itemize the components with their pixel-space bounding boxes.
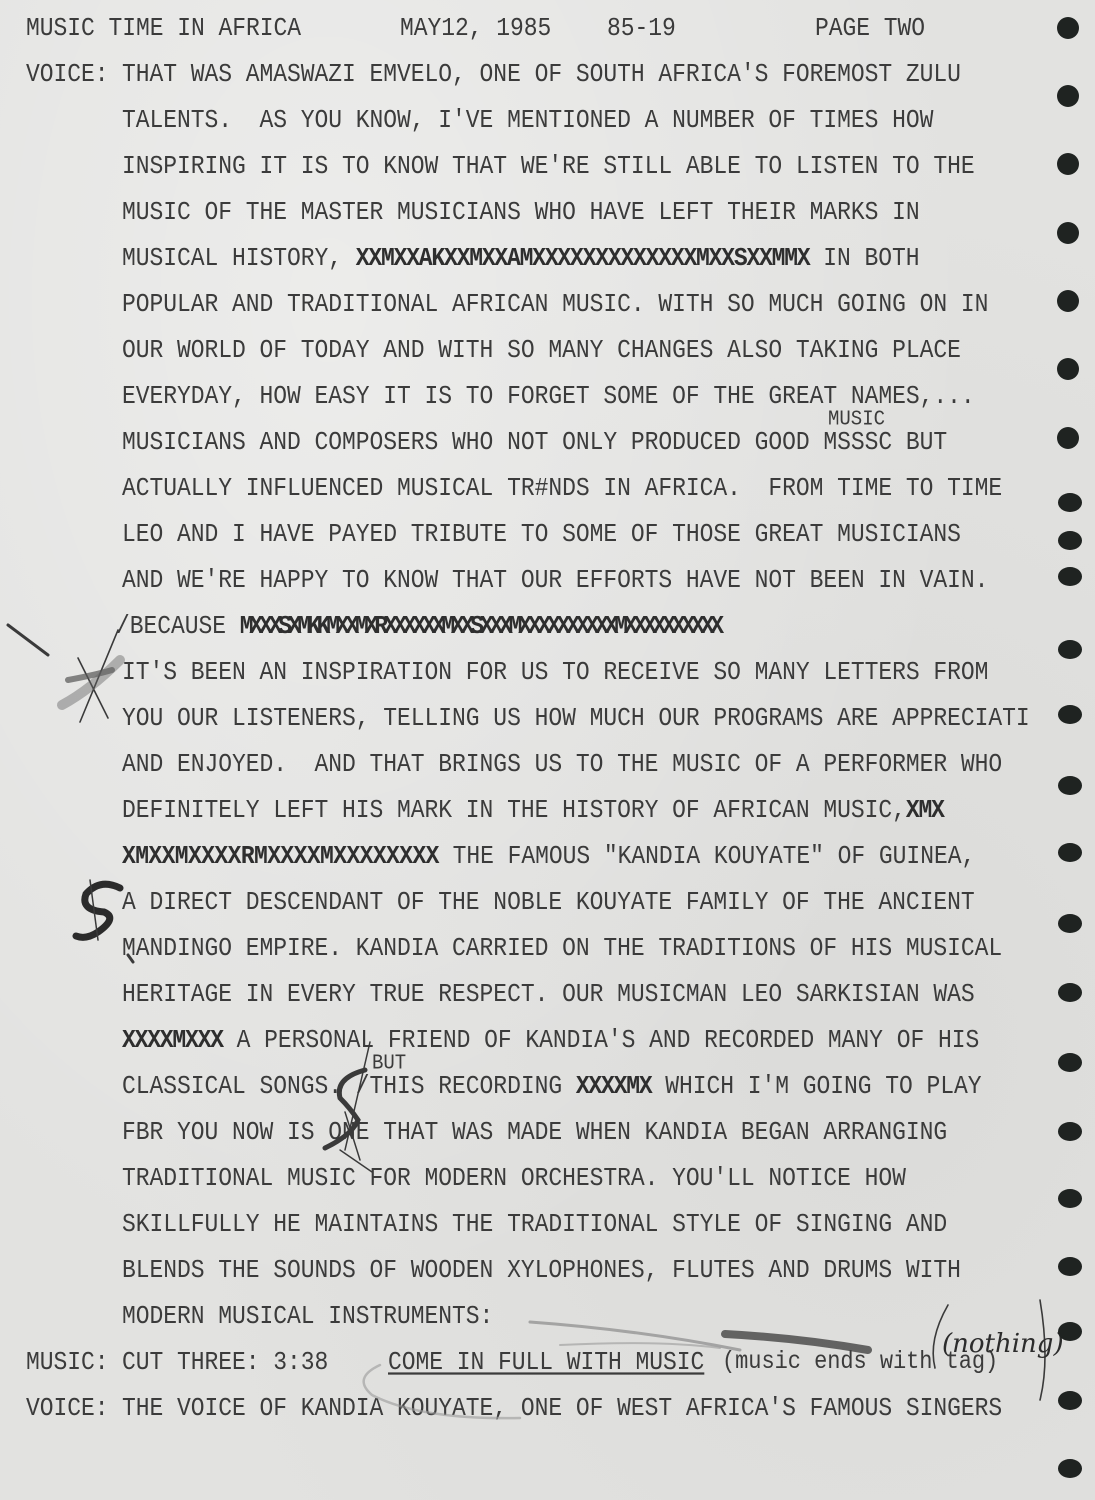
- binder-hole: [1058, 493, 1082, 512]
- script-line: XXXXMXXX A PERSONAL FRIEND OF KANDIA'S A…: [122, 1025, 979, 1056]
- script-line: TRADITIONAL MUSIC FOR MODERN ORCHESTRA. …: [122, 1163, 906, 1194]
- episode-number: 85-19: [607, 13, 676, 44]
- script-line: TALENTS. AS YOU KNOW, I'VE MENTIONED A N…: [122, 105, 933, 136]
- text: WHICH I'M GOING TO PLAY: [651, 1072, 981, 1101]
- script-line: IT'S BEEN AN INSPIRATION FOR US TO RECEI…: [122, 657, 988, 688]
- binder-hole: [1058, 1189, 1082, 1208]
- binder-hole: [1058, 983, 1082, 1002]
- page-number: PAGE TWO: [815, 13, 925, 44]
- script-line: A DIRECT DESCENDANT OF THE NOBLE KOUYATE…: [122, 887, 975, 918]
- binder-hole: [1058, 1257, 1082, 1276]
- script-line: FBR YOU NOW IS ONE THAT WAS MADE WHEN KA…: [122, 1117, 947, 1148]
- overtyped-word: MSSSC: [823, 428, 892, 457]
- script-line: CLASSICAL SONGS. /THIS RECORDING XXXXMX …: [122, 1071, 982, 1102]
- script-line: HERITAGE IN EVERY TRUE RESPECT. OUR MUSI…: [122, 979, 975, 1010]
- struck-out-text: XMXXMXXXXRMXXXXMXXXXXXXX: [122, 842, 439, 871]
- text: CLASSICAL SONGS. /THIS RECORDING: [122, 1072, 576, 1101]
- binder-hole: [1058, 776, 1082, 795]
- struck-out-text: XMX: [906, 796, 944, 825]
- program-title: MUSIC TIME IN AFRICA: [26, 13, 301, 44]
- text: DEFINITELY LEFT HIS MARK IN THE HISTORY …: [122, 796, 906, 825]
- script-line: YOU OUR LISTENERS, TELLING US HOW MUCH O…: [122, 703, 1030, 734]
- text: MUSICAL HISTORY,: [122, 244, 356, 273]
- script-line: THAT WAS AMASWAZI EMVELO, ONE OF SOUTH A…: [122, 59, 961, 90]
- binder-hole: [1058, 567, 1082, 586]
- script-line: POPULAR AND TRADITIONAL AFRICAN MUSIC. W…: [122, 289, 988, 320]
- binder-hole: [1058, 1322, 1082, 1341]
- speaker-label-music: MUSIC:: [26, 1347, 109, 1378]
- binder-hole: [1057, 153, 1079, 175]
- binder-hole: [1057, 85, 1079, 107]
- text: THE FAMOUS "KANDIA KOUYATE" OF GUINEA,: [439, 842, 975, 871]
- music-direction-text: COME IN FULL WITH MUSIC: [388, 1348, 704, 1377]
- binder-hole: [1058, 531, 1082, 550]
- script-line: DEFINITELY LEFT HIS MARK IN THE HISTORY …: [122, 795, 944, 826]
- broadcast-date: MAY12, 1985: [400, 13, 551, 44]
- binder-hole: [1058, 1459, 1082, 1478]
- binder-hole: [1058, 1053, 1082, 1072]
- binder-hole: [1058, 640, 1082, 659]
- struck-out-text: XXXXMXXX: [122, 1026, 223, 1055]
- script-line: OUR WORLD OF TODAY AND WITH SO MANY CHAN…: [122, 335, 961, 366]
- script-line: MUSIC OF THE MASTER MUSICIANS WHO HAVE L…: [122, 197, 920, 228]
- binder-hole: [1058, 705, 1082, 724]
- text: BUT: [892, 428, 947, 457]
- speaker-label-voice: VOICE:: [26, 1393, 109, 1424]
- script-line: SKILLFULLY HE MAINTAINS THE TRADITIONAL …: [122, 1209, 947, 1240]
- script-line: INSPIRING IT IS TO KNOW THAT WE'RE STILL…: [122, 151, 975, 182]
- script-line: AND WE'RE HAPPY TO KNOW THAT OUR EFFORTS…: [122, 565, 988, 596]
- speaker-label-voice: VOICE:: [26, 59, 109, 90]
- struck-out-text: XXMXXAKXXMXXAMXXXXXXXXXXXXXMXXSXXMMX: [356, 244, 810, 273]
- binder-hole: [1057, 290, 1079, 312]
- text: MUSICIANS AND COMPOSERS WHO NOT ONLY PRO…: [122, 428, 823, 457]
- binder-hole: [1057, 17, 1079, 39]
- script-line: MUSICAL HISTORY, XXMXXAKXXMXXAMXXXXXXXXX…: [122, 243, 920, 274]
- script-line: THE VOICE OF KANDIA KOUYATE, ONE OF WEST…: [122, 1393, 1002, 1424]
- script-line: MANDINGO EMPIRE. KANDIA CARRIED ON THE T…: [122, 933, 1002, 964]
- script-line: XMXXMXXXXRMXXXXMXXXXXXXX THE FAMOUS "KAN…: [122, 841, 975, 872]
- script-line: /BECAUSE MXXXSXMKKMXXMXRXXXXXXMXXSXXXMXX…: [116, 611, 720, 642]
- music-note: (music ends with tag): [722, 1347, 998, 1378]
- music-cue: CUT THREE: 3:38: [122, 1347, 328, 1378]
- binder-hole: [1057, 358, 1079, 380]
- binder-hole: [1057, 222, 1079, 244]
- script-line: ACTUALLY INFLUENCED MUSICAL TR#NDS IN AF…: [122, 473, 1002, 504]
- binder-hole: [1058, 914, 1082, 933]
- script-line: MUSICIANS AND COMPOSERS WHO NOT ONLY PRO…: [122, 427, 947, 458]
- script-line: MODERN MUSICAL INSTRUMENTS:: [122, 1301, 493, 1332]
- binder-hole: [1058, 843, 1082, 862]
- script-line: LEO AND I HAVE PAYED TRIBUTE TO SOME OF …: [122, 519, 961, 550]
- script-line: BLENDS THE SOUNDS OF WOODEN XYLOPHONES, …: [122, 1255, 961, 1286]
- music-direction: COME IN FULL WITH MUSIC: [388, 1347, 704, 1378]
- text: IN BOTH: [809, 244, 919, 273]
- binder-hole: [1057, 427, 1079, 449]
- struck-out-text: XXXXMX: [576, 1072, 652, 1101]
- binder-hole: [1058, 1391, 1082, 1410]
- text: A PERSONAL FRIEND OF KANDIA'S AND RECORD…: [223, 1026, 979, 1055]
- binder-hole: [1058, 1122, 1082, 1141]
- text: /BECAUSE: [116, 612, 240, 641]
- struck-out-text: MXXXSXMKKMXXMXRXXXXXXMXXSXXXMXXXXXXXXXXM…: [240, 612, 720, 641]
- script-line: AND ENJOYED. AND THAT BRINGS US TO THE M…: [122, 749, 1002, 780]
